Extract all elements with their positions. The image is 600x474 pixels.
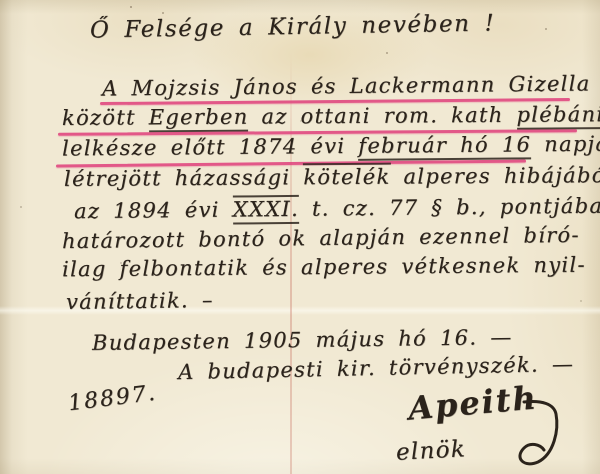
paper-speckles [130, 6, 132, 8]
body-line: lelkésze előtt 1874 évi február hó 16 na… [62, 132, 600, 161]
emphasized-word: kötelék [303, 163, 390, 190]
text-segment: alperes hibájából [390, 163, 600, 189]
body-line: ilag felbontatik és alperes vétkesnek ny… [62, 253, 586, 282]
body-line-names: A Mojzsis János és Lackermann Gizella [102, 71, 591, 100]
date-line: Budapesten 1905 május hó 16. — [92, 325, 513, 355]
signature-role: elnök [395, 436, 466, 466]
body-line: váníttatik. – [66, 288, 214, 314]
emphasized-date: február hó 16 [358, 132, 531, 161]
text-segment: létrejött házassági [64, 165, 303, 191]
body-line: az 1894 évi XXXI. t. cz. 77 § b., pontjá… [74, 193, 600, 223]
text-segment: t. cz. 77 § b., pontjában meg- [299, 193, 600, 221]
text-segment: az 1894 évi [74, 198, 233, 224]
body-line: határozott bontó ok alapján ezennel bíró… [62, 223, 580, 253]
emphasized-word: Egerben [149, 105, 249, 133]
emphasized-statute-number: XXXI. [233, 195, 300, 225]
body-line: között Egerben az ottani rom. kath plébá… [62, 102, 600, 130]
case-number: 18897. [67, 381, 158, 417]
body-line: létrejött házassági kötelék alperes hibá… [64, 163, 600, 191]
document-page: Ő Felsége a Király nevében ! A Mojzsis J… [0, 0, 600, 474]
emphasized-word: plébánia [516, 102, 600, 130]
document-heading: Ő Felsége a Király nevében ! [90, 10, 496, 43]
signature-flourish [508, 398, 570, 474]
text-segment: napján [531, 132, 600, 157]
text-segment: az ottani rom. kath [248, 103, 516, 129]
text-segment: között [62, 105, 149, 130]
text-segment: lelkésze előtt 1874 évi [62, 134, 359, 161]
